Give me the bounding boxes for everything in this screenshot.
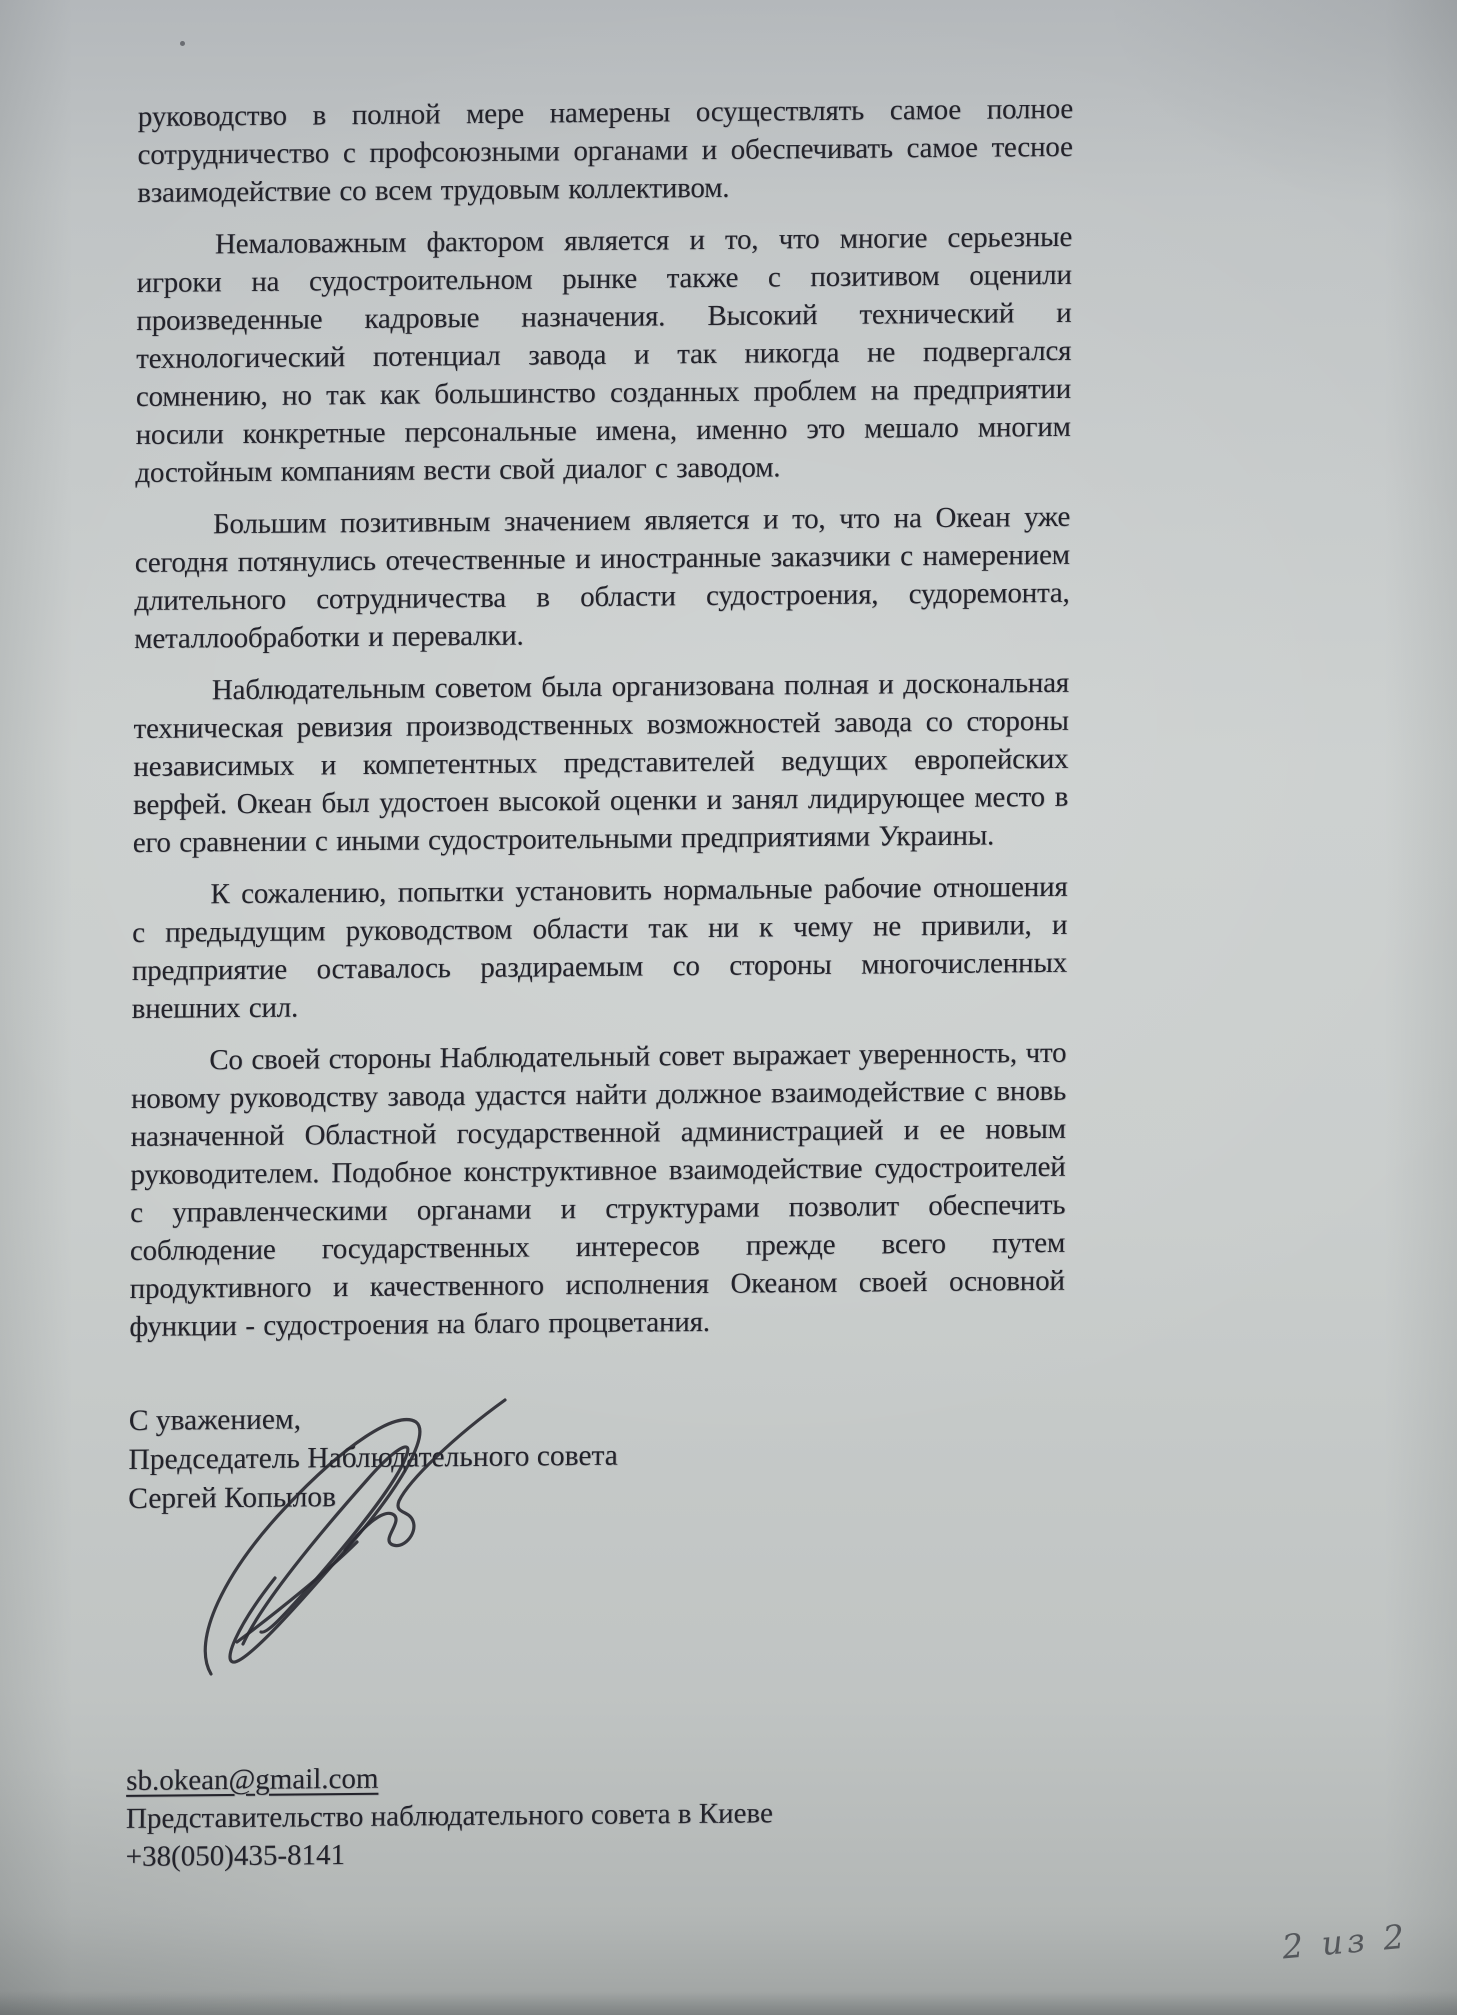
scanned-letter-page: руководство в полной мере намерены осуще… [0, 0, 1457, 2015]
signature-icon [192, 1392, 532, 1692]
paragraph-6: Со своей стороны Наблюдательный совет вы… [129, 1034, 1066, 1346]
page-number-handwritten: 2 из 2 [1281, 1917, 1410, 1967]
paper-shading-top-right [1037, 0, 1457, 260]
contact-phone: +38(050)435-8141 [126, 1830, 1061, 1876]
paragraph-1: руководство в полной мере намерены осуще… [137, 90, 1073, 212]
contact-block: sb.okean@gmail.com Представительство наб… [126, 1754, 1062, 1876]
paper-bottom-edge-shadow [0, 1991, 1457, 2015]
paper-speck [180, 41, 185, 46]
paragraph-4: Наблюдательным советом была организована… [133, 664, 1069, 862]
paragraph-3: Большим позитивным значением является и … [134, 498, 1070, 658]
paragraph-2: Немаловажным фактором является и то, что… [135, 218, 1072, 492]
paragraph-5: К сожалению, попытки установить нормальн… [132, 868, 1068, 1028]
